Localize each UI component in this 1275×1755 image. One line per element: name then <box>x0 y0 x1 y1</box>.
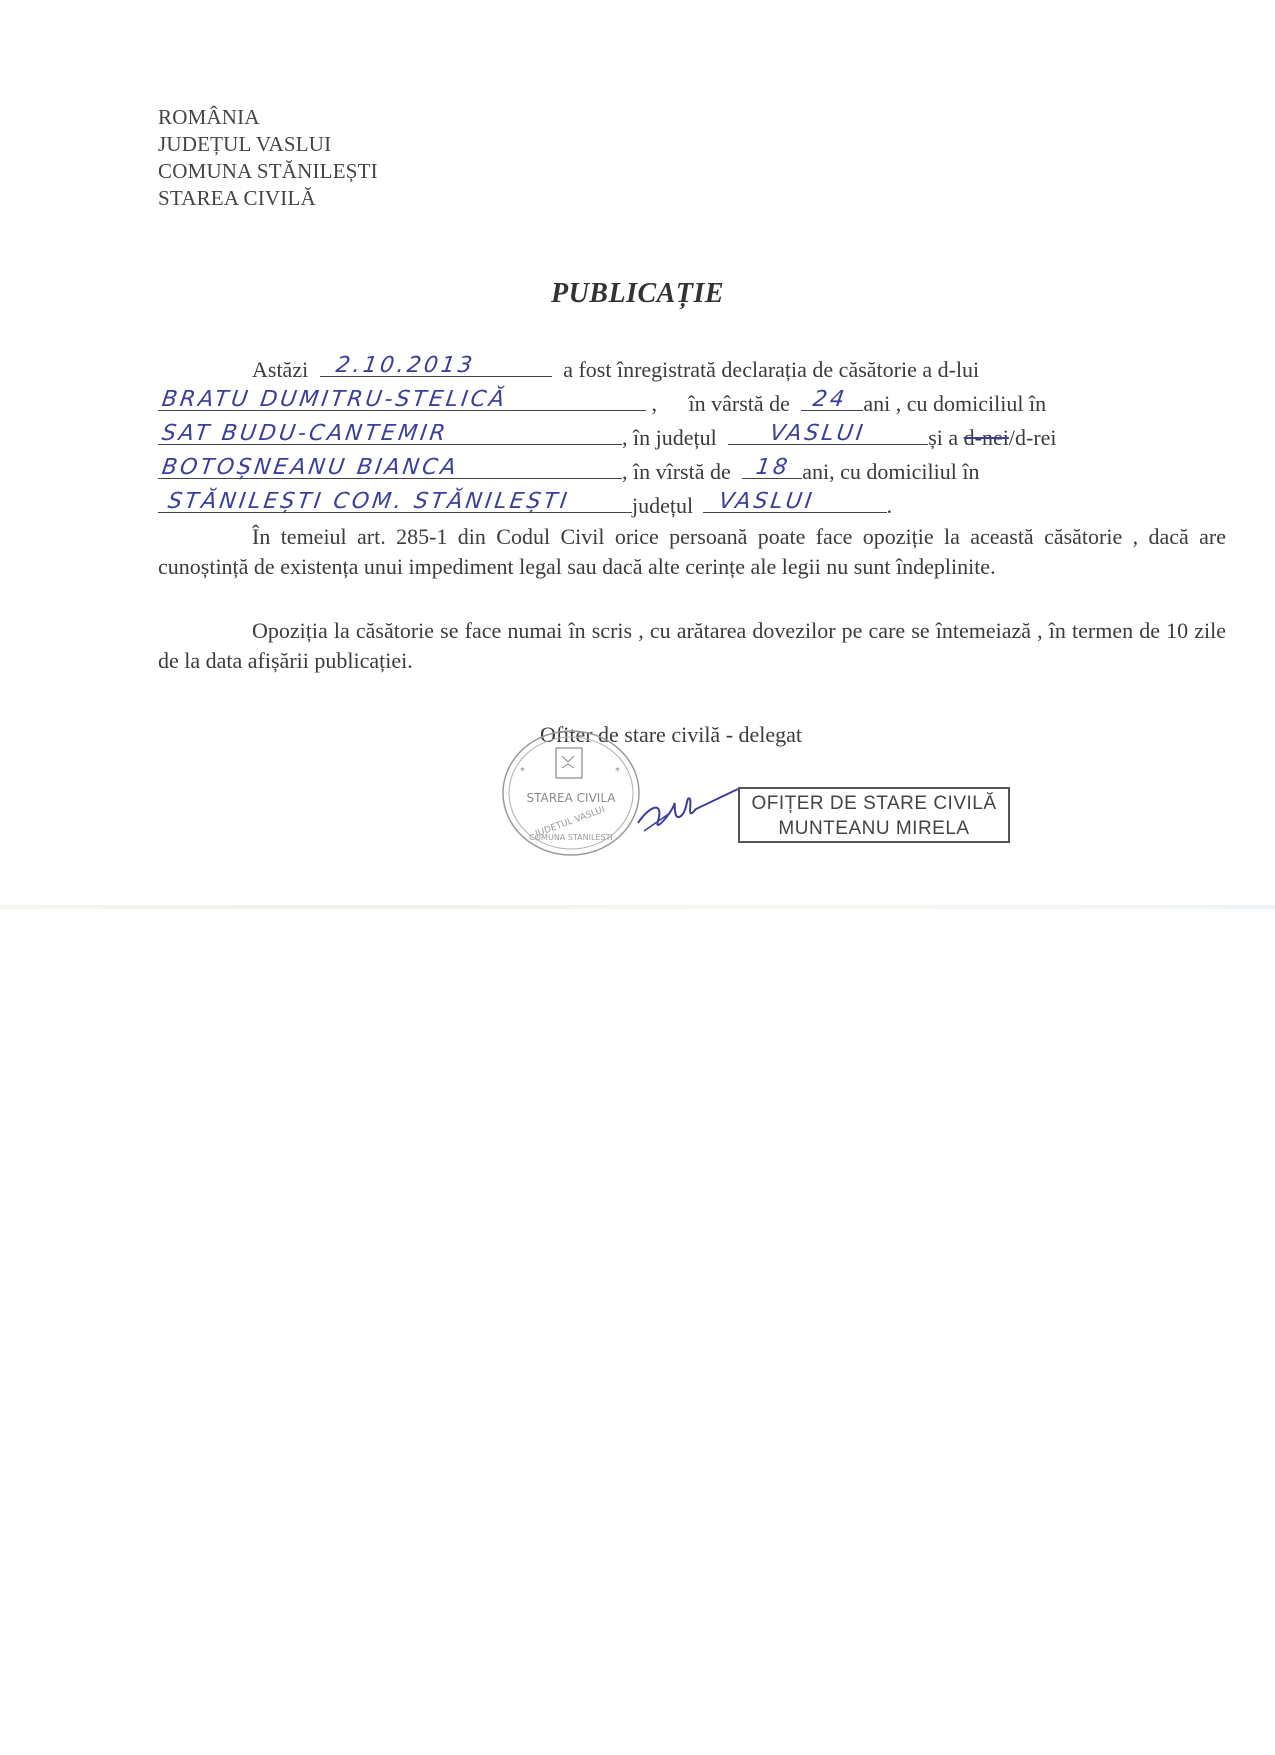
groom-name-value: BRATU DUMITRU-STELICĂ <box>160 387 509 412</box>
legal-paragraph-procedure: Opoziția la căsătorie se face numai în s… <box>158 616 1226 676</box>
groom-name-field: BRATU DUMITRU-STELICĂ <box>158 386 646 411</box>
bride-age-field: 18 <box>742 454 802 479</box>
label-groom-county: , în județul <box>622 425 717 450</box>
paragraph-text-1: În temeiul art. 285-1 din Codul Civil or… <box>158 524 1226 579</box>
document-title: PUBLICAȚIE <box>0 278 1275 310</box>
label-groom-age: în vârstă de <box>689 391 790 416</box>
bride-address-field: STĂNILEȘTI COM. STĂNILEȘTI <box>158 488 632 513</box>
form-line-date: Astăzi 2.10.2013 a fost înregistrată dec… <box>252 352 979 383</box>
bride-address-value: STĂNILEȘTI COM. STĂNILEȘTI <box>166 489 571 514</box>
handwritten-signature-icon <box>630 775 740 845</box>
label-and: și a <box>928 425 958 450</box>
label-bride-county: județul <box>632 493 693 518</box>
legal-paragraph-opposition: În temeiul art. 285-1 din Codul Civil or… <box>158 522 1226 582</box>
label-miss: /d-rei <box>1009 425 1057 450</box>
bride-county-value: VASLUI <box>717 489 816 514</box>
official-seal-icon: * * STAREA CIVILA JUDETUL VASLUI COMUNA … <box>500 728 642 858</box>
label-declaration: a fost înregistrată declarația de căsăto… <box>563 357 979 382</box>
scan-edge-divider <box>0 905 1275 909</box>
groom-address-value: SAT BUDU-CANTEMIR <box>160 421 450 446</box>
label-groom-domicile: ani , cu domiciliul în <box>863 391 1046 416</box>
groom-age-field: 24 <box>801 386 863 411</box>
header-line-commune: COMUNA STĂNILEȘTI <box>158 158 378 185</box>
bride-age-value: 18 <box>755 455 793 480</box>
document-page: ROMÂNIA JUDEȚUL VASLUI COMUNA STĂNILEȘTI… <box>0 0 1275 1755</box>
groom-age-value: 24 <box>812 387 850 412</box>
stamp-line-role: OFIȚER DE STARE CIVILĂ <box>740 791 1008 816</box>
bride-name-field: BOTOȘNEANU BIANCA <box>158 454 622 479</box>
paragraph-text-2: Opoziția la căsătorie se face numai în s… <box>158 618 1226 673</box>
groom-county-value: VASLUI <box>768 421 867 446</box>
form-line-groom: BRATU DUMITRU-STELICĂ , în vârstă de 24 … <box>158 386 1046 417</box>
date-field: 2.10.2013 <box>320 352 552 377</box>
svg-text:COMUNA STANILESTI: COMUNA STANILESTI <box>529 833 613 842</box>
svg-text:*: * <box>520 766 525 777</box>
form-line-groom-address: SAT BUDU-CANTEMIR , în județul VASLUI și… <box>158 420 1057 451</box>
form-line-bride-address: STĂNILEȘTI COM. STĂNILEȘTI județul VASLU… <box>158 488 892 519</box>
date-value: 2.10.2013 <box>334 353 476 378</box>
groom-address-field: SAT BUDU-CANTEMIR <box>158 420 622 445</box>
bride-county-field: VASLUI <box>703 488 887 513</box>
svg-text:STAREA CIVILA: STAREA CIVILA <box>526 791 616 805</box>
label-bride-age: , în vîrstă de <box>622 459 731 484</box>
line-end-period: . <box>887 493 893 518</box>
svg-text:*: * <box>615 766 620 777</box>
struck-text: d-nei <box>964 425 1009 450</box>
form-line-bride: BOTOȘNEANU BIANCA , în vîrstă de 18 ani,… <box>158 454 979 485</box>
groom-county-field: VASLUI <box>728 420 928 445</box>
header-line-office: STAREA CIVILĂ <box>158 185 378 212</box>
stamp-line-name: MUNTEANU MIRELA <box>740 816 1008 841</box>
header-line-county: JUDEȚUL VASLUI <box>158 131 378 158</box>
header-line-country: ROMÂNIA <box>158 104 378 131</box>
bride-name-value: BOTOȘNEANU BIANCA <box>160 455 460 480</box>
issuer-header: ROMÂNIA JUDEȚUL VASLUI COMUNA STĂNILEȘTI… <box>158 104 378 212</box>
label-astazi: Astăzi <box>252 357 308 382</box>
label-bride-domicile: ani, cu domiciliul în <box>802 459 979 484</box>
officer-name-stamp: OFIȚER DE STARE CIVILĂ MUNTEANU MIRELA <box>738 787 1010 843</box>
